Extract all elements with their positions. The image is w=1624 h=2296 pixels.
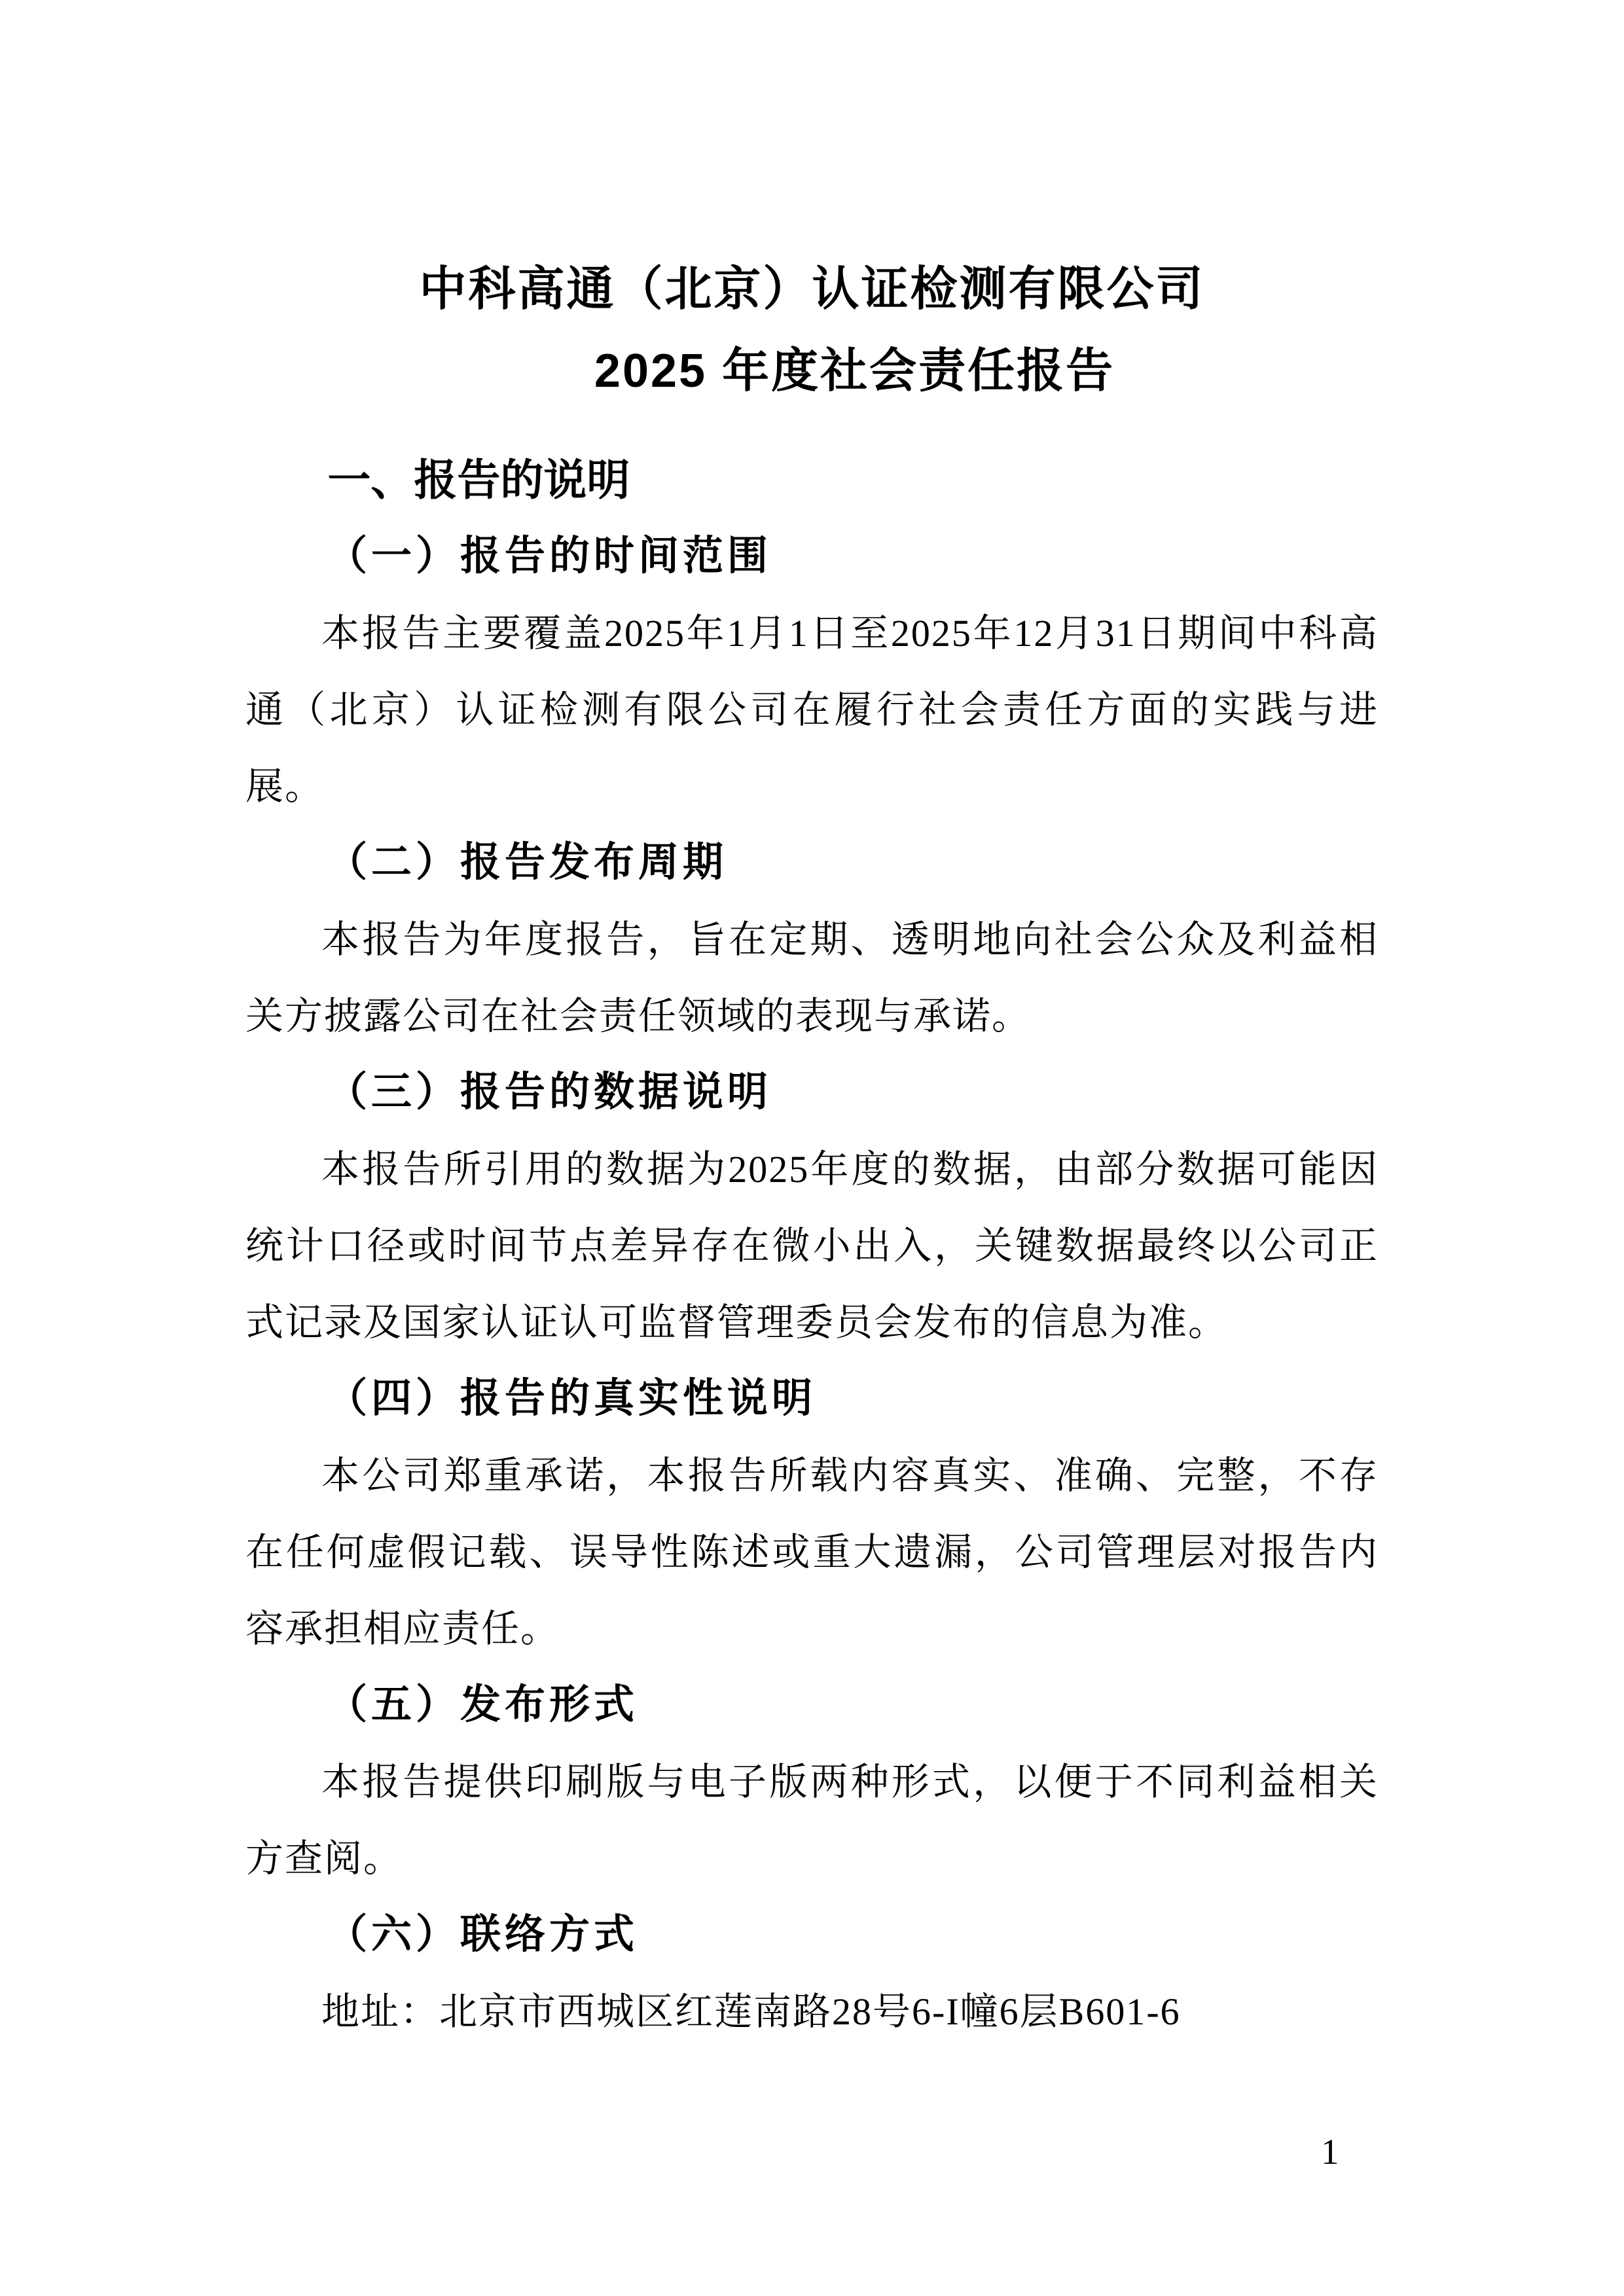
subsection-paragraph-2: 本报告为年度报告，旨在定期、透明地向社会公众及利益相关方披露公司在社会责任领域的…	[245, 901, 1379, 1054]
subsection-heading-1: （一）报告的时间范围	[245, 518, 1379, 595]
document-content: 中科高通（北京）认证检测有限公司 2025 年度社会责任报告 一、报告的说明 （…	[245, 249, 1379, 2050]
subsection-paragraph-1: 本报告主要覆盖2025年1月1日至2025年12月31日期间中科高通（北京）认证…	[245, 595, 1379, 825]
section-heading: 一、报告的说明	[245, 442, 1379, 518]
document-title-line2: 2025 年度社会责任报告	[245, 331, 1379, 412]
document-page: 中科高通（北京）认证检测有限公司 2025 年度社会责任报告 一、报告的说明 （…	[0, 0, 1624, 2296]
document-title-line1: 中科高通（北京）认证检测有限公司	[245, 249, 1379, 331]
page-number: 1	[1321, 2132, 1339, 2172]
subsection-heading-3: （三）报告的数据说明	[245, 1054, 1379, 1131]
subsection-heading-2: （二）报告发布周期	[245, 825, 1379, 901]
subsection-paragraph-4: 本公司郑重承诺，本报告所载内容真实、准确、完整，不存在任何虚假记载、误导性陈述或…	[245, 1437, 1379, 1667]
subsection-paragraph-6: 地址：北京市西城区红莲南路28号6-I幢6层B601-6	[245, 1973, 1379, 2050]
subsection-heading-5: （五）发布形式	[245, 1667, 1379, 1744]
subsection-paragraph-5: 本报告提供印刷版与电子版两种形式，以便于不同利益相关方查阅。	[245, 1744, 1379, 1897]
subsection-heading-4: （四）报告的真实性说明	[245, 1361, 1379, 1437]
subsection-paragraph-3: 本报告所引用的数据为2025年度的数据，由部分数据可能因统计口径或时间节点差异存…	[245, 1131, 1379, 1361]
subsection-heading-6: （六）联络方式	[245, 1897, 1379, 1973]
